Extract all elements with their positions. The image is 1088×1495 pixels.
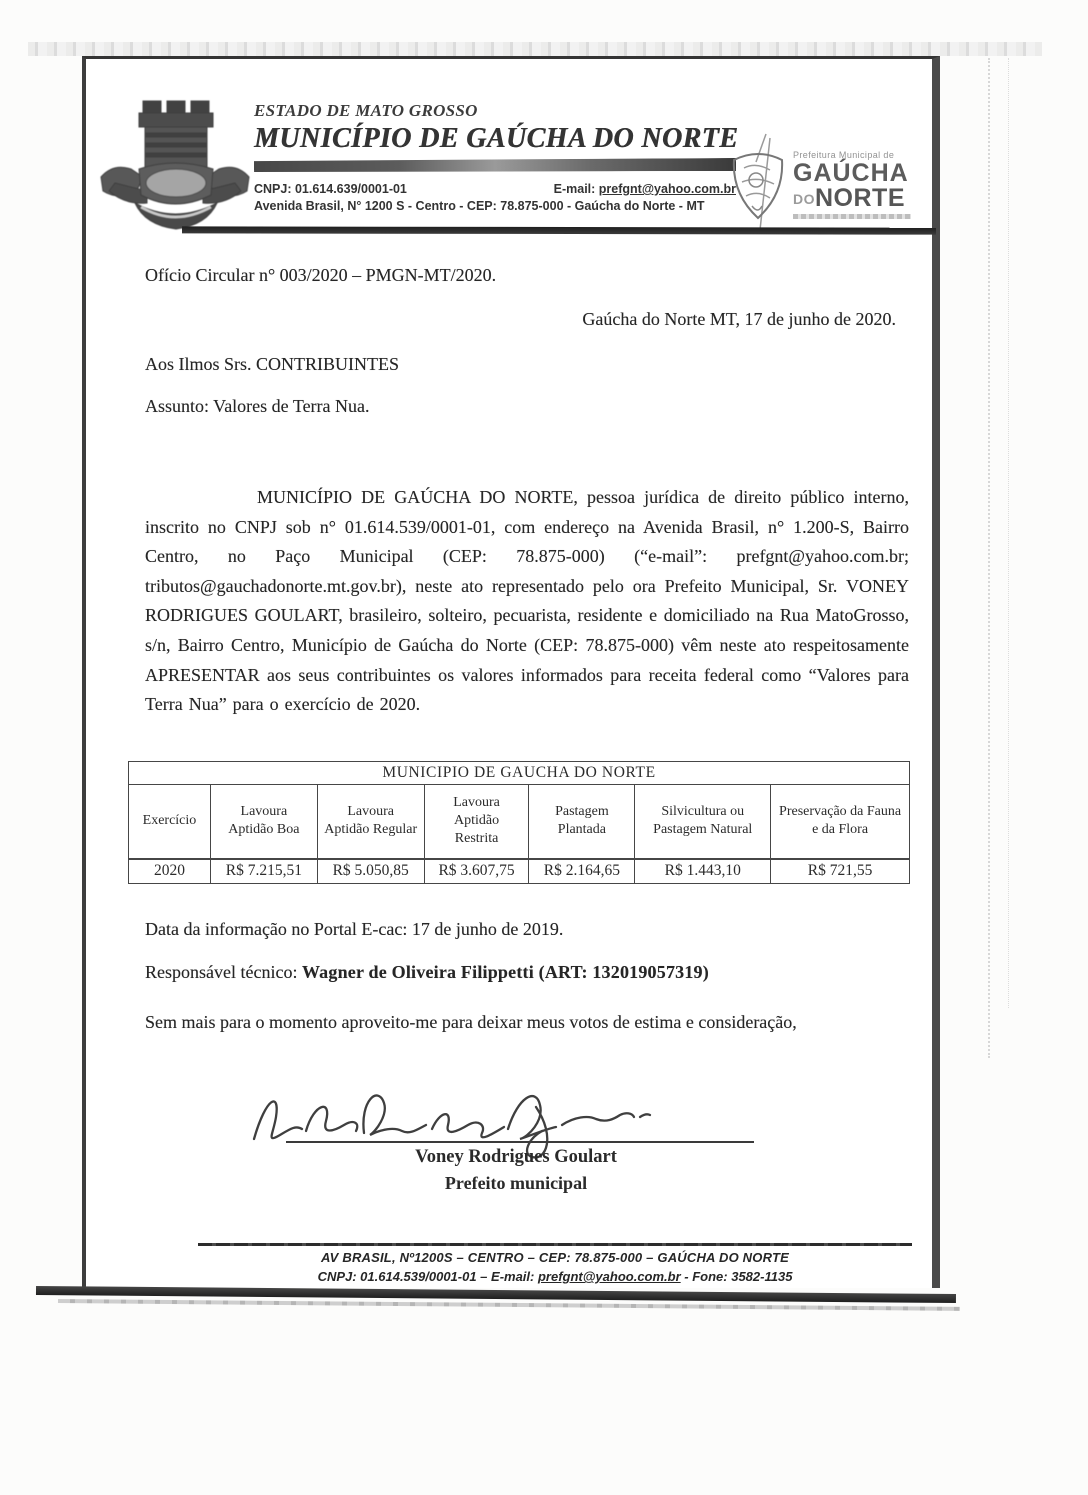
signature-name: Voney Rodrigues Goulart: [266, 1147, 766, 1168]
cell-preservacao: R$ 721,55: [771, 859, 910, 884]
cell-lavoura-boa: R$ 7.215,51: [210, 859, 317, 884]
logo-pre-text: Prefeitura Municipal de: [793, 150, 911, 160]
email-link[interactable]: prefgnt@yahoo.com.br: [599, 182, 736, 196]
col-lavoura-regular: Lavoura Aptidão Regular: [317, 785, 424, 859]
col-preservacao: Preservação da Fauna e da Flora: [771, 785, 910, 859]
letterhead-email: E-mail: prefgnt@yahoo.com.br: [554, 182, 736, 196]
reference-line: Ofício Circular n° 003/2020 – PMGN-MT/20…: [145, 265, 496, 286]
logo-gaucha-text: GAÚCHA: [793, 161, 911, 186]
subject-line: Assunto: Valores de Terra Nua.: [145, 396, 370, 417]
closing-paragraph: Sem mais para o momento aproveito-me par…: [145, 1007, 871, 1037]
portal-info-date-line: Data da informação no Portal E-cac: 17 d…: [145, 919, 563, 940]
responsible-line: Responsável técnico: Wagner de Oliveira …: [145, 962, 709, 983]
document-page: ESTADO DE MATO GROSSO MUNICÍPIO DE GAÚCH…: [82, 56, 940, 1288]
header-divider-rule: [182, 226, 936, 234]
table-row: 2020 R$ 7.215,51 R$ 5.050,85 R$ 3.607,75…: [129, 859, 910, 884]
footer-address-line: AV BRASIL, Nº1200S – CENTRO – CEP: 78.87…: [186, 1250, 924, 1265]
shield-icon: [726, 132, 790, 236]
footer-email-link[interactable]: prefgnt@yahoo.com.br: [538, 1269, 681, 1284]
cell-lavoura-regular: R$ 5.050,85: [317, 859, 424, 884]
col-pastagem-plantada: Pastagem Plantada: [529, 785, 635, 859]
recipient-line: Aos Ilmos Srs. CONTRIBUINTES: [145, 354, 399, 375]
signature-line: [286, 1141, 754, 1143]
table-title: MUNICIPIO DE GAUCHA DO NORTE: [129, 762, 910, 785]
letterhead: ESTADO DE MATO GROSSO MUNICÍPIO DE GAÚCH…: [254, 101, 754, 213]
terra-nua-values-table: MUNICIPIO DE GAUCHA DO NORTE Exercício L…: [128, 761, 910, 884]
col-exercicio: Exercício: [129, 785, 211, 859]
scan-artifact-top-band: [28, 42, 1042, 56]
responsible-value: Wagner de Oliveira Filippetti (ART: 1320…: [302, 962, 709, 982]
letterhead-municipality: MUNICÍPIO DE GAÚCHA DO NORTE: [254, 123, 754, 155]
cell-pastagem-plantada: R$ 2.164,65: [529, 859, 635, 884]
footer-divider-rule: [198, 1243, 912, 1246]
table-header-row: Exercício Lavoura Aptidão Boa Lavoura Ap…: [129, 785, 910, 859]
letterhead-divider-bar: [254, 158, 736, 173]
cell-exercicio: 2020: [129, 859, 211, 884]
coat-of-arms-icon: [95, 99, 255, 237]
footer-cnpj: CNPJ: 01.614.539/0001-01 – E-mail:: [318, 1269, 538, 1284]
municipality-logo: Prefeitura Municipal de GAÚCHA DONORTE: [726, 129, 936, 239]
dateline: Gaúcha do Norte MT, 17 de junho de 2020.: [582, 309, 896, 330]
body-paragraph: MUNICÍPIO DE GAÚCHA DO NORTE, pessoa jur…: [145, 483, 909, 720]
logo-do: DO: [793, 191, 815, 207]
letterhead-cnpj: CNPJ: 01.614.639/0001-01: [254, 182, 407, 196]
cell-lavoura-restrita: R$ 3.607,75: [424, 859, 529, 884]
responsible-label: Responsável técnico:: [145, 962, 302, 982]
letterhead-contact: CNPJ: 01.614.639/0001-01 E-mail: prefgnt…: [254, 182, 736, 213]
footer-contact-line: CNPJ: 01.614.539/0001-01 – E-mail: prefg…: [186, 1269, 924, 1284]
col-silvicultura: Silvicultura ou Pastagem Natural: [635, 785, 771, 859]
signature-title: Prefeito municipal: [266, 1173, 766, 1194]
col-lavoura-restrita: Lavoura Aptidão Restrita: [424, 785, 529, 859]
letterhead-address: Avenida Brasil, N° 1200 S - Centro - CEP…: [254, 199, 736, 213]
scan-artifact-right-line: [988, 58, 990, 1058]
logo-wordmark: Prefeitura Municipal de GAÚCHA DONORTE: [793, 150, 911, 219]
letterhead-state: ESTADO DE MATO GROSSO: [254, 101, 754, 121]
logo-norte: NORTE: [815, 184, 905, 212]
scanned-document: { "header": { "state": "ESTADO DE MATO G…: [0, 0, 1088, 1495]
email-label: E-mail:: [554, 182, 599, 196]
logo-caption-smudge: [793, 214, 911, 219]
col-lavoura-boa: Lavoura Aptidão Boa: [210, 785, 317, 859]
logo-do-norte-text: DONORTE: [793, 186, 911, 211]
footer-phone: - Fone: 3582-1135: [681, 1269, 793, 1284]
cell-silvicultura: R$ 1.443,10: [635, 859, 771, 884]
scan-artifact-right-line-2: [1008, 58, 1009, 1008]
